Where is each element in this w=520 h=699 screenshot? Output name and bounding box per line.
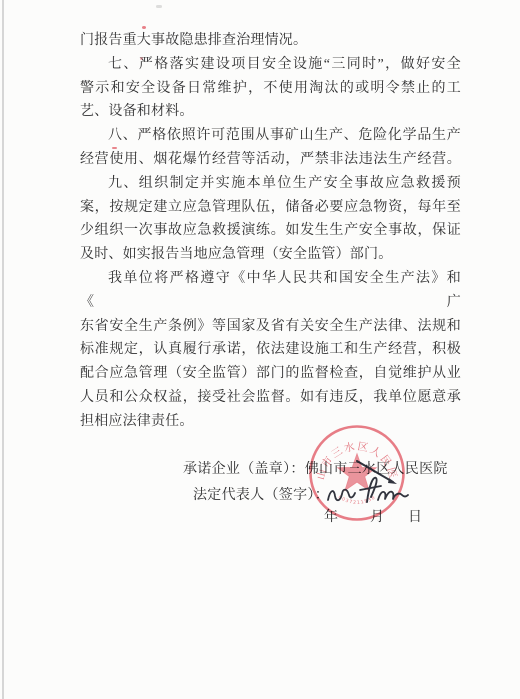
text-line: 标准规定，认真履行承诺，依法建设施工和生产经营，积极 [80,338,461,362]
text-line: 我单位将严格遵守《中华人民共和国安全生产法》和《广 [80,267,461,315]
text-line: 人员和公众权益，接受社会监督。如有违反，我单位愿意承 [80,386,461,410]
text-line: 门报告重大事故隐患排查治理情况。 [80,29,461,53]
text-line: 及时、如实报告当地应急管理（安全监管）部门。 [80,243,461,267]
text-line: 艺、设备和材料。 [80,100,461,124]
text-line: 九、组织制定并实施本单位生产安全事故应急救援预 [80,172,461,196]
handwritten-signature [315,452,420,512]
text-line: 东省安全生产条例》等国家及省有关安全生产法律、法规和 [80,315,461,339]
text-line: 七、严格落实建设项目安全设施“三同时”，做好安全 [80,53,461,77]
body-text: 门报告重大事故隐患排查治理情况。 七、严格落实建设项目安全设施“三同时”，做好安… [80,29,461,434]
text-line: 少组织一次事故应急救援演练。如发生生产安全事故，保证 [80,219,461,243]
text-line: 八、严格依照许可范围从事矿山生产、危险化学品生产 [80,124,461,148]
text-line: 经营使用、烟花爆竹经营等活动，严禁非法违法生产经营。 [80,148,461,172]
scan-speckle [156,5,162,8]
text-line: 警示和安全设备日常维护，不使用淘汰的或明令禁止的工 [80,77,461,101]
scan-edge-line [2,0,4,699]
text-line: 案，按规定建立应急管理队伍，储备必要应急物资，每年至 [80,196,461,220]
scanned-document-page: 门报告重大事故隐患排查治理情况。 七、严格落实建设项目安全设施“三同时”，做好安… [0,0,520,699]
text-line: 配合应急管理（安全监管）部门的监督检查，自觉维护从业 [80,362,461,386]
company-seal-label: 承诺企业（盖章）： [183,462,305,477]
